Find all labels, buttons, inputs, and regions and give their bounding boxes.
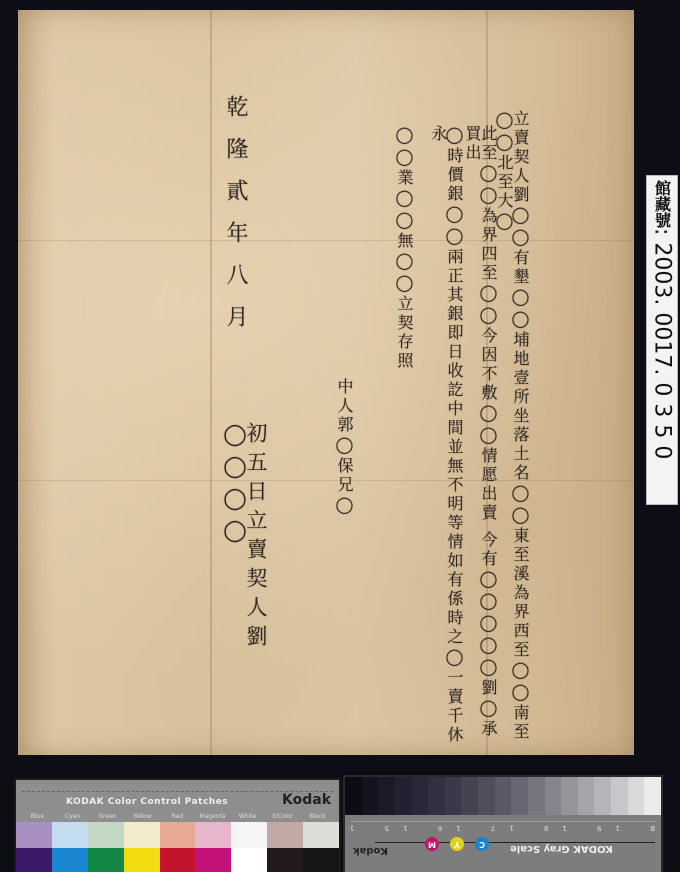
gray-steps — [345, 777, 661, 815]
crease-line — [18, 240, 634, 241]
kodak-color-target: KODAK Color Control Patches Kodak BlueCy… — [14, 778, 341, 872]
gray-step — [545, 777, 562, 815]
kodak-logo: Kodak — [353, 845, 388, 856]
date-column: 乾隆貳年八月 — [224, 95, 246, 355]
catalog-label-prefix: 館藏號 — [651, 180, 674, 228]
color-patch — [124, 848, 160, 872]
gray-step — [594, 777, 611, 815]
magenta-dot-icon: M — [425, 837, 439, 851]
color-patch — [16, 822, 52, 848]
text-column-4: ◯◯業◯◯無◯◯立契存照 — [396, 125, 412, 385]
kodak-logo: Kodak — [282, 792, 331, 808]
text-column-2: 此至◯◯為界四至◯◯今因不敷◯◯情愿出賣 今有◯◯◯◯◯劉◯承買出 — [464, 125, 496, 745]
ruler-scale — [22, 783, 333, 792]
gray-step — [578, 777, 595, 815]
color-patch — [267, 848, 303, 872]
signature-column: 初五日立賣契人劉◯◯◯◯ — [224, 422, 266, 712]
gray-step — [445, 777, 462, 815]
color-patch — [195, 848, 231, 872]
color-target-title: KODAK Color Control Patches — [66, 797, 228, 807]
color-patch — [16, 848, 52, 872]
color-patch — [195, 822, 231, 848]
gray-step — [495, 777, 512, 815]
witness-column: 中人郭◯保兄◯ — [336, 378, 352, 538]
gray-step — [628, 777, 645, 815]
color-patch — [303, 822, 339, 848]
catalog-number: : 2003. 0017. 0 3 5 0 — [650, 228, 675, 459]
gray-step — [395, 777, 412, 815]
text-column-1: 立賣契人劉◯◯有墾◯◯埔地壹所坐落土名◯◯東至溪為界西至◯◯南至◯◯北至大◯ — [496, 110, 528, 750]
color-patch — [52, 848, 88, 872]
cyan-dot-icon: C — [475, 837, 489, 851]
patch-names: BlueCyanGreenYellowRedMagentaWhite3/Colo… — [20, 813, 335, 820]
color-patch — [88, 822, 124, 848]
gray-step — [378, 777, 395, 815]
light-patches — [16, 822, 339, 848]
text-column-3: ◯時價銀◯◯兩正其銀即日收訖中間並無不明等情如有係時之◯一賣千休永 — [430, 125, 462, 745]
gray-step — [611, 777, 628, 815]
gray-step-labels: B 19 18 17 16 15 14 13 12 11 10 9 8 7 6 … — [351, 821, 655, 832]
color-patch — [303, 848, 339, 872]
dark-patches — [16, 848, 339, 872]
gray-step — [461, 777, 478, 815]
color-patch — [124, 822, 160, 848]
gray-step — [511, 777, 528, 815]
kodak-gray-scale: B 19 18 17 16 15 14 13 12 11 10 9 8 7 6 … — [343, 775, 663, 872]
gray-step — [345, 777, 362, 815]
color-patch — [160, 822, 196, 848]
gray-step — [428, 777, 445, 815]
catalog-label: 館藏號 : 2003. 0017. 0 3 5 0 — [646, 175, 678, 505]
color-patch — [160, 848, 196, 872]
color-patch — [231, 822, 267, 848]
gray-step — [412, 777, 429, 815]
color-patch — [267, 822, 303, 848]
gray-step — [362, 777, 379, 815]
crease-line — [18, 480, 634, 481]
yellow-dot-icon: Y — [450, 837, 464, 851]
fold-line — [210, 10, 212, 755]
gray-step — [644, 777, 661, 815]
color-patch — [52, 822, 88, 848]
color-patch — [231, 848, 267, 872]
gray-scale-title: KODAK Gray Scale — [510, 843, 613, 854]
document-paper: 立賣契人劉◯◯有墾◯◯埔地壹所坐落土名◯◯東至溪為界西至◯◯南至◯◯北至大◯ 此… — [18, 10, 634, 755]
gray-step — [478, 777, 495, 815]
gray-step — [528, 777, 545, 815]
color-patch — [88, 848, 124, 872]
gray-step — [561, 777, 578, 815]
